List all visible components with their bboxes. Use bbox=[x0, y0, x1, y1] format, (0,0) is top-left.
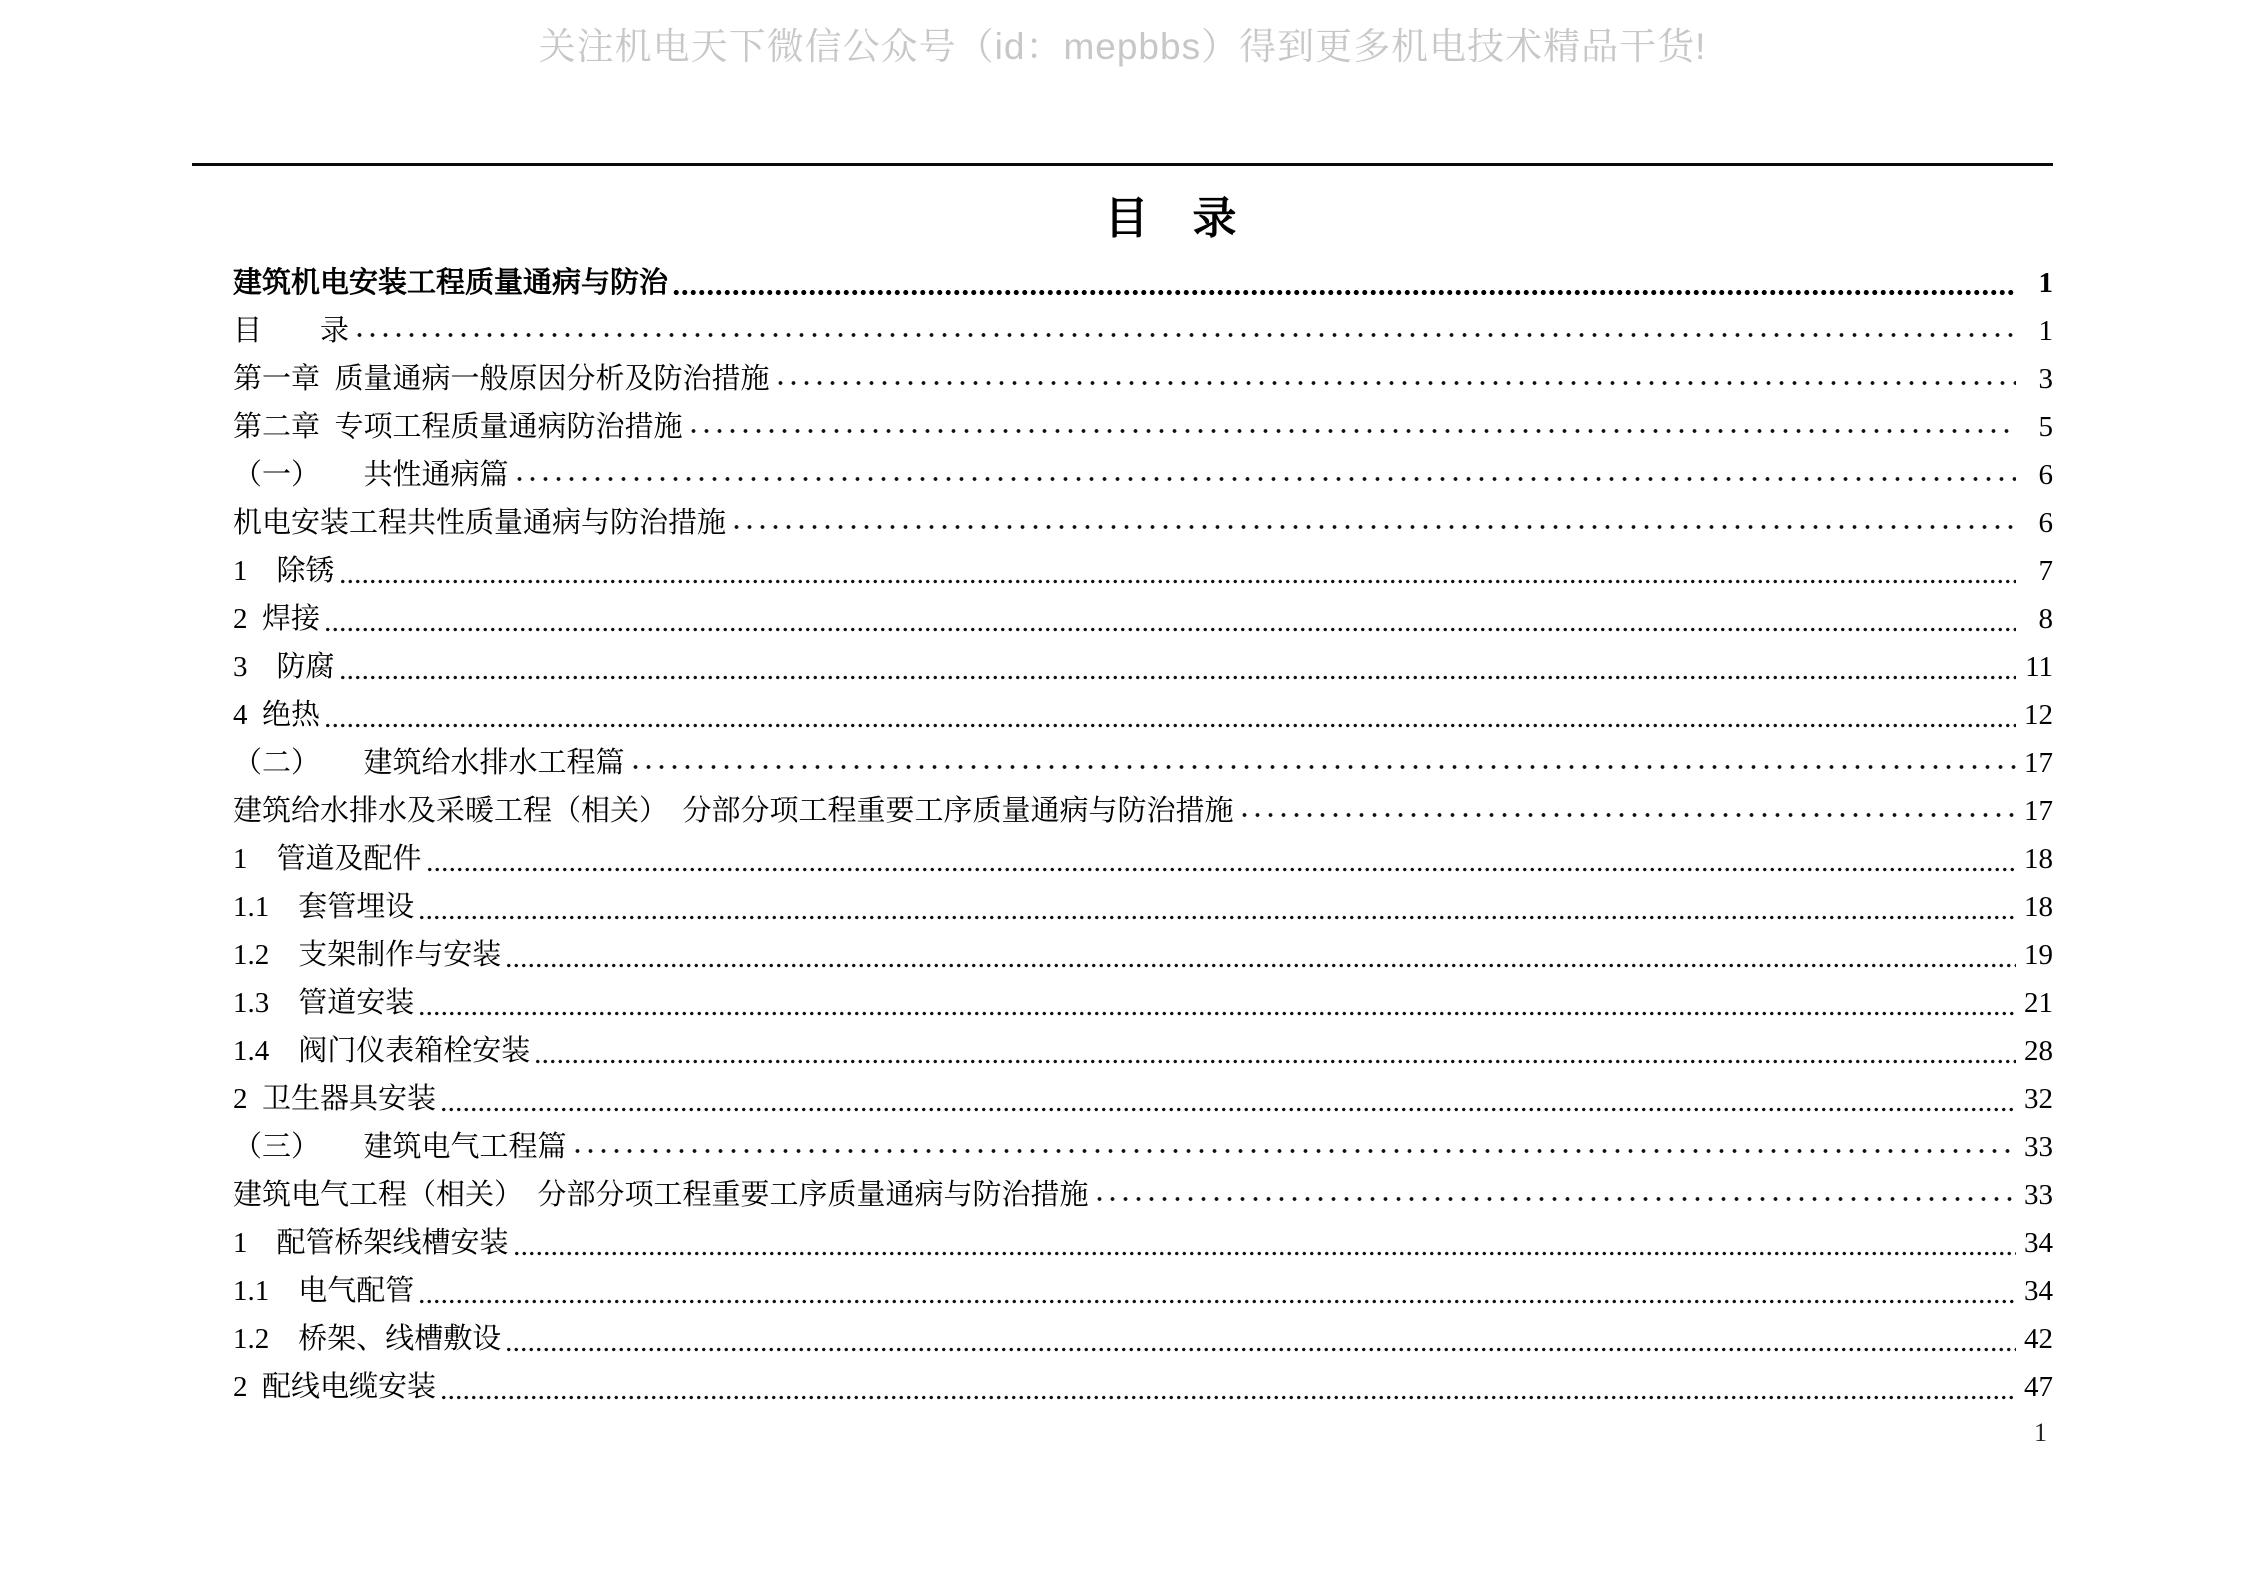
toc-list: 建筑机电安装工程质量通病与防治 1 目 录 1 第一章 质量通病一般原因分析及防… bbox=[233, 259, 2053, 1411]
dot-leader bbox=[513, 451, 2016, 499]
toc-entry: 1 管道及配件 18 bbox=[233, 835, 2053, 883]
toc-entry-text: 目 录 bbox=[233, 307, 349, 355]
toc-entry-page: 21 bbox=[2019, 979, 2053, 1027]
toc-entry-text: 1.4 阀门仪表箱栓安装 bbox=[233, 1027, 530, 1075]
toc-entry-text: 2 焊接 bbox=[233, 595, 320, 643]
toc-entry: 建筑电气工程（相关） 分部分项工程重要工序质量通病与防治措施 33 bbox=[233, 1171, 2053, 1219]
dot-leader bbox=[505, 1315, 2016, 1363]
dot-leader bbox=[440, 1363, 2016, 1411]
toc-entry-page: 34 bbox=[2019, 1267, 2053, 1315]
toc-entry-page: 1 bbox=[2019, 307, 2053, 355]
toc-entry-page: 7 bbox=[2019, 547, 2053, 595]
toc-entry-page: 8 bbox=[2019, 595, 2053, 643]
toc-entry-text: 1.2 支架制作与安装 bbox=[233, 931, 501, 979]
toc-entry: （二） 建筑给水排水工程篇 17 bbox=[233, 739, 2053, 787]
toc-entry-text: 2 卫生器具安装 bbox=[233, 1075, 436, 1123]
footer-page-number: 1 bbox=[1967, 1418, 2053, 1448]
toc-entry: 1.1 电气配管 34 bbox=[233, 1267, 2053, 1315]
dot-leader bbox=[1238, 787, 2016, 835]
toc-entry-text: 3 防腐 bbox=[233, 643, 335, 691]
toc-entry-text: 建筑给水排水及采暖工程（相关） 分部分项工程重要工序质量通病与防治措施 bbox=[233, 787, 1234, 835]
toc-entry-page: 5 bbox=[2019, 403, 2053, 451]
dot-leader bbox=[513, 1219, 2016, 1267]
dot-leader bbox=[505, 931, 2016, 979]
toc-entry: 建筑给水排水及采暖工程（相关） 分部分项工程重要工序质量通病与防治措施 17 bbox=[233, 787, 2053, 835]
toc-entry-page: 28 bbox=[2019, 1027, 2053, 1075]
dot-leader bbox=[353, 307, 2016, 355]
toc-entry-page: 42 bbox=[2019, 1315, 2053, 1363]
page-title: 目 录 bbox=[0, 188, 2245, 250]
toc-entry-page: 33 bbox=[2019, 1171, 2053, 1219]
toc-entry-page: 18 bbox=[2019, 835, 2053, 883]
dot-leader bbox=[426, 835, 2016, 883]
toc-entry-page: 47 bbox=[2019, 1363, 2053, 1411]
toc-entry: 4 绝热 12 bbox=[233, 691, 2053, 739]
toc-entry: 1 配管桥架线槽安装 34 bbox=[233, 1219, 2053, 1267]
toc-entry: 第一章 质量通病一般原因分析及防治措施 3 bbox=[233, 355, 2053, 403]
toc-entry-text: 建筑机电安装工程质量通病与防治 bbox=[233, 259, 668, 307]
dot-leader bbox=[774, 355, 2016, 403]
toc-entry-text: 2 配线电缆安装 bbox=[233, 1363, 436, 1411]
toc-entry: 1 除锈 7 bbox=[233, 547, 2053, 595]
toc-entry-page: 3 bbox=[2019, 355, 2053, 403]
dot-leader bbox=[1093, 1171, 2016, 1219]
toc-entry-page: 32 bbox=[2019, 1075, 2053, 1123]
toc-entry: （一） 共性通病篇 6 bbox=[233, 451, 2053, 499]
toc-entry-text: 1 配管桥架线槽安装 bbox=[233, 1219, 509, 1267]
toc-entry-page: 6 bbox=[2019, 499, 2053, 547]
toc-entry: 3 防腐 11 bbox=[233, 643, 2053, 691]
dot-leader bbox=[418, 1267, 2016, 1315]
toc-entry-text: 第一章 质量通病一般原因分析及防治措施 bbox=[233, 355, 770, 403]
toc-entry-text: 建筑电气工程（相关） 分部分项工程重要工序质量通病与防治措施 bbox=[233, 1171, 1089, 1219]
toc-entry: 1.1 套管埋设 18 bbox=[233, 883, 2053, 931]
toc-entry: 目 录 1 bbox=[233, 307, 2053, 355]
toc-entry: 第二章 专项工程质量通病防治措施 5 bbox=[233, 403, 2053, 451]
dot-leader bbox=[440, 1075, 2016, 1123]
toc-entry: 1.3 管道安装 21 bbox=[233, 979, 2053, 1027]
dot-leader bbox=[730, 499, 2016, 547]
dot-leader bbox=[687, 403, 2016, 451]
toc-entry-page: 33 bbox=[2019, 1123, 2053, 1171]
toc-entry: （三） 建筑电气工程篇 33 bbox=[233, 1123, 2053, 1171]
dot-leader bbox=[534, 1027, 2016, 1075]
toc-entry: 2 焊接 8 bbox=[233, 595, 2053, 643]
toc-entry-text: （三） 建筑电气工程篇 bbox=[233, 1123, 567, 1171]
toc-entry: 建筑机电安装工程质量通病与防治 1 bbox=[233, 259, 2053, 307]
dot-leader bbox=[324, 691, 2016, 739]
toc-entry-text: 1.2 桥架、线槽敷设 bbox=[233, 1315, 501, 1363]
dot-leader bbox=[324, 595, 2016, 643]
toc-entry-text: 第二章 专项工程质量通病防治措施 bbox=[233, 403, 683, 451]
toc-entry-page: 12 bbox=[2019, 691, 2053, 739]
dot-leader bbox=[418, 883, 2016, 931]
toc-entry-page: 6 bbox=[2019, 451, 2053, 499]
toc-entry-page: 17 bbox=[2019, 787, 2053, 835]
toc-entry: 1.2 支架制作与安装 19 bbox=[233, 931, 2053, 979]
toc-entry-text: （一） 共性通病篇 bbox=[233, 451, 509, 499]
toc-entry-text: 1.3 管道安装 bbox=[233, 979, 414, 1027]
toc-entry-text: 1 除锈 bbox=[233, 547, 335, 595]
toc-entry: 机电安装工程共性质量通病与防治措施 6 bbox=[233, 499, 2053, 547]
toc-entry: 2 配线电缆安装 47 bbox=[233, 1363, 2053, 1411]
toc-entry-page: 34 bbox=[2019, 1219, 2053, 1267]
toc-entry-page: 17 bbox=[2019, 739, 2053, 787]
toc-entry-text: 机电安装工程共性质量通病与防治措施 bbox=[233, 499, 726, 547]
header-divider bbox=[192, 163, 2053, 166]
toc-entry: 1.4 阀门仪表箱栓安装 28 bbox=[233, 1027, 2053, 1075]
dot-leader bbox=[571, 1123, 2016, 1171]
toc-entry-text: 1.1 套管埋设 bbox=[233, 883, 414, 931]
toc-entry-text: 1.1 电气配管 bbox=[233, 1267, 414, 1315]
toc-entry-text: 1 管道及配件 bbox=[233, 835, 422, 883]
promo-banner-text: 关注机电天下微信公众号（id：mepbbs）得到更多机电技术精品干货! bbox=[0, 18, 2245, 76]
toc-entry-page: 1 bbox=[2019, 259, 2053, 307]
toc-entry-text: （二） 建筑给水排水工程篇 bbox=[233, 739, 625, 787]
toc-entry-page: 11 bbox=[2019, 643, 2053, 691]
toc-entry-text: 4 绝热 bbox=[233, 691, 320, 739]
dot-leader bbox=[339, 643, 2016, 691]
toc-entry: 2 卫生器具安装 32 bbox=[233, 1075, 2053, 1123]
dot-leader bbox=[629, 739, 2016, 787]
dot-leader bbox=[418, 979, 2016, 1027]
toc-entry-page: 18 bbox=[2019, 883, 2053, 931]
dot-leader bbox=[672, 259, 2016, 307]
dot-leader bbox=[339, 547, 2016, 595]
toc-entry: 1.2 桥架、线槽敷设 42 bbox=[233, 1315, 2053, 1363]
toc-entry-page: 19 bbox=[2019, 931, 2053, 979]
